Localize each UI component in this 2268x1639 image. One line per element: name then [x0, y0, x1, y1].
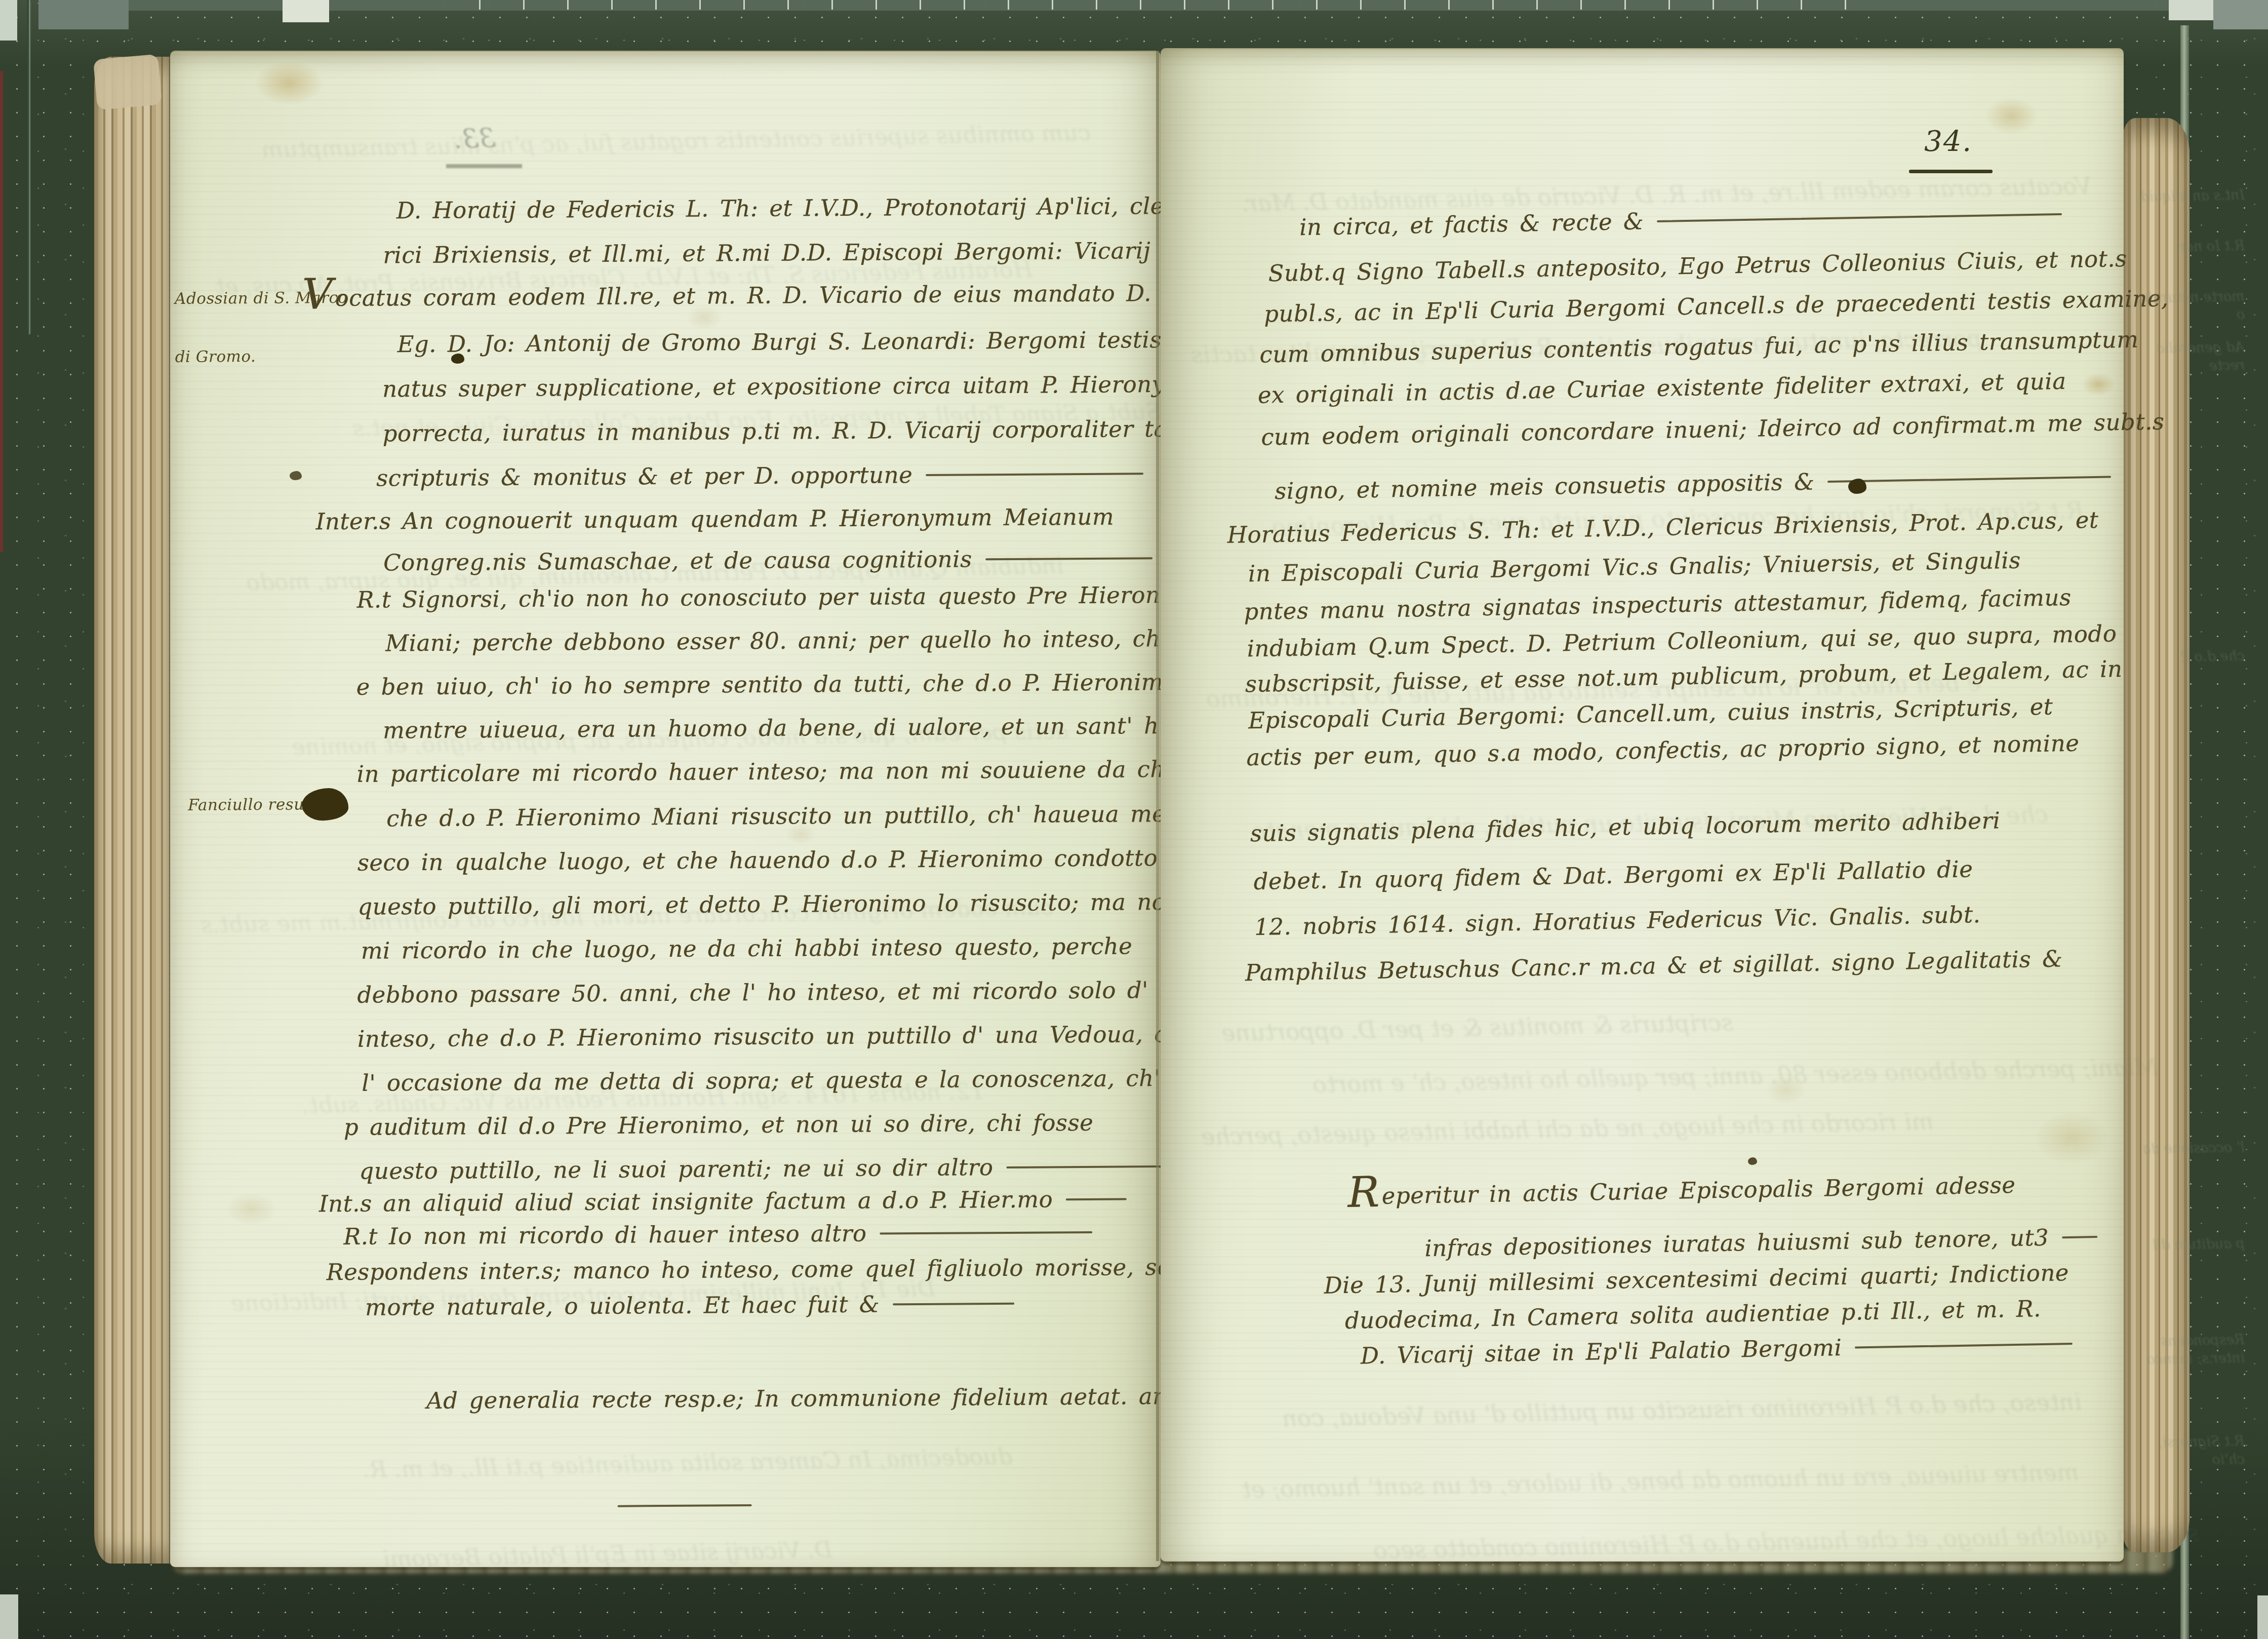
manuscript-line: actis per eum, quo s.a modo, confectis, …: [1246, 730, 2080, 771]
manuscript-line: in circa, et factis & recte &: [1299, 201, 2062, 241]
manuscript-line: Die 13. Junij millesimi sexcentesimi dec…: [1324, 1259, 2069, 1299]
calibration-block: [0, 1594, 18, 1639]
edge-marginalia-showthrough: R.t Signorsi, ch'io: [2130, 1432, 2245, 1471]
manuscript-line: D. Vicarij sitae in Ep'li Palatio Bergom…: [1361, 1330, 2073, 1370]
edge-marginalia-showthrough: morte naturale, o: [2130, 288, 2245, 327]
manuscript-line: Pamphilus Betuschus Canc.r m.ca & et sig…: [1245, 945, 2063, 986]
edge-marginalia-showthrough: p auditum dil: [2131, 1235, 2245, 1255]
margin-note: di Gromo.: [175, 347, 256, 366]
scan-edge-artifact: [0, 71, 3, 552]
manuscript-line: pntes manu nostra signatas inspecturis a…: [1244, 584, 2072, 626]
calibration-block: [2213, 0, 2268, 29]
edge-marginalia-showthrough: Int.s an aliquid: [2131, 186, 2245, 207]
edge-marginalia-showthrough: Ad generalia recte: [2130, 338, 2245, 377]
manuscript-line: cum omnibus superius contentis rogatus f…: [1259, 326, 2139, 368]
manuscript-line: subscripsit, fuisse, et esse not.um publ…: [1245, 655, 2122, 697]
edge-marginalia-showthrough: l' occasione da: [2131, 1139, 2245, 1159]
manuscript-line: suis signatis plena fides hic, et ubiq l…: [1250, 807, 2001, 847]
manuscript-line: Episcopali Curia Bergomi: Cancell.um, cu…: [1248, 693, 2053, 734]
ink-blot: [290, 471, 302, 480]
calibration-block: [38, 0, 129, 29]
scan-ruler-ticks: [436, 0, 1885, 10]
manuscript-line: in Episcopali Curia Bergomi Vic.s Gnalis…: [1248, 547, 2021, 588]
glass-edge-left: [27, 0, 29, 334]
ink-blot: [1848, 479, 1866, 494]
edge-marginalia-showthrough: R.t Io non: [2131, 237, 2245, 257]
calibration-block: [2257, 1595, 2268, 1639]
edge-marginalia-showthrough: Respondens inter.s; manco: [2130, 1331, 2245, 1370]
manuscript-line: Subt.q Signo Tabell.s anteposito, Ego Pe…: [1268, 245, 2127, 287]
left-page: cum omnibus superius contentis rogatus f…: [170, 51, 1161, 1567]
manuscript-line: Horatius Federicus S. Th: et I.V.D., Cle…: [1227, 506, 2098, 549]
manuscript-line: publ.s, ac in Ep'li Curia Bergomi Cancel…: [1264, 285, 2169, 327]
binding-corner: [93, 54, 162, 110]
calibration-block: [283, 0, 329, 22]
margin-notes: Adossian di S. Marcodi Gromo.Fanciullo r…: [170, 46, 1170, 1567]
manuscript-line: debet. In quorq fidem & Dat. Bergomi ex …: [1253, 855, 1973, 895]
margin-note: Fanciullo resuscito: [188, 795, 343, 814]
manuscript-line: ex originali in actis d.ae Curiae existe…: [1257, 368, 2066, 409]
manuscript-text-right: in circa, et factis & recte &Subt.q Sign…: [1161, 32, 2150, 1562]
manuscript-scan: cum omnibus superius contentis rogatus f…: [0, 0, 2268, 1639]
manuscript-line: 12. nobris 1614. sign. Horatius Federicu…: [1254, 901, 1981, 941]
gutter-crease: [1156, 51, 1159, 1561]
ink-blot: [451, 354, 464, 364]
manuscript-line: duodecima, In Camera solita audientiae p…: [1344, 1295, 2041, 1334]
manuscript-line: infras depositiones iuratas huiusmi sub …: [1424, 1223, 2098, 1262]
calibration-block: [0, 0, 17, 41]
binding-page-edges: [94, 57, 172, 1564]
manuscript-line: signo, et nomine meis consuetis appositi…: [1275, 463, 2112, 504]
right-page: Vocatus coram eodem Ill.re, et m. R. D. …: [1161, 48, 2124, 1562]
edge-marginalia-showthrough: che d.o P.: [2131, 647, 2245, 668]
ink-blot: [1748, 1157, 1757, 1165]
manuscript-line: Reperitur in actis Curiae Episcopalis Be…: [1347, 1172, 2016, 1210]
manuscript-line: cum eodem originali concordare inueni; I…: [1261, 408, 2165, 451]
ink-blot: [302, 788, 348, 821]
manuscript-line: indubiam Q.um Spect. D. Petrium Colleoni…: [1247, 620, 2117, 662]
calibration-block: [2169, 0, 2213, 20]
margin-note: Adossian di S. Marco: [175, 289, 348, 308]
